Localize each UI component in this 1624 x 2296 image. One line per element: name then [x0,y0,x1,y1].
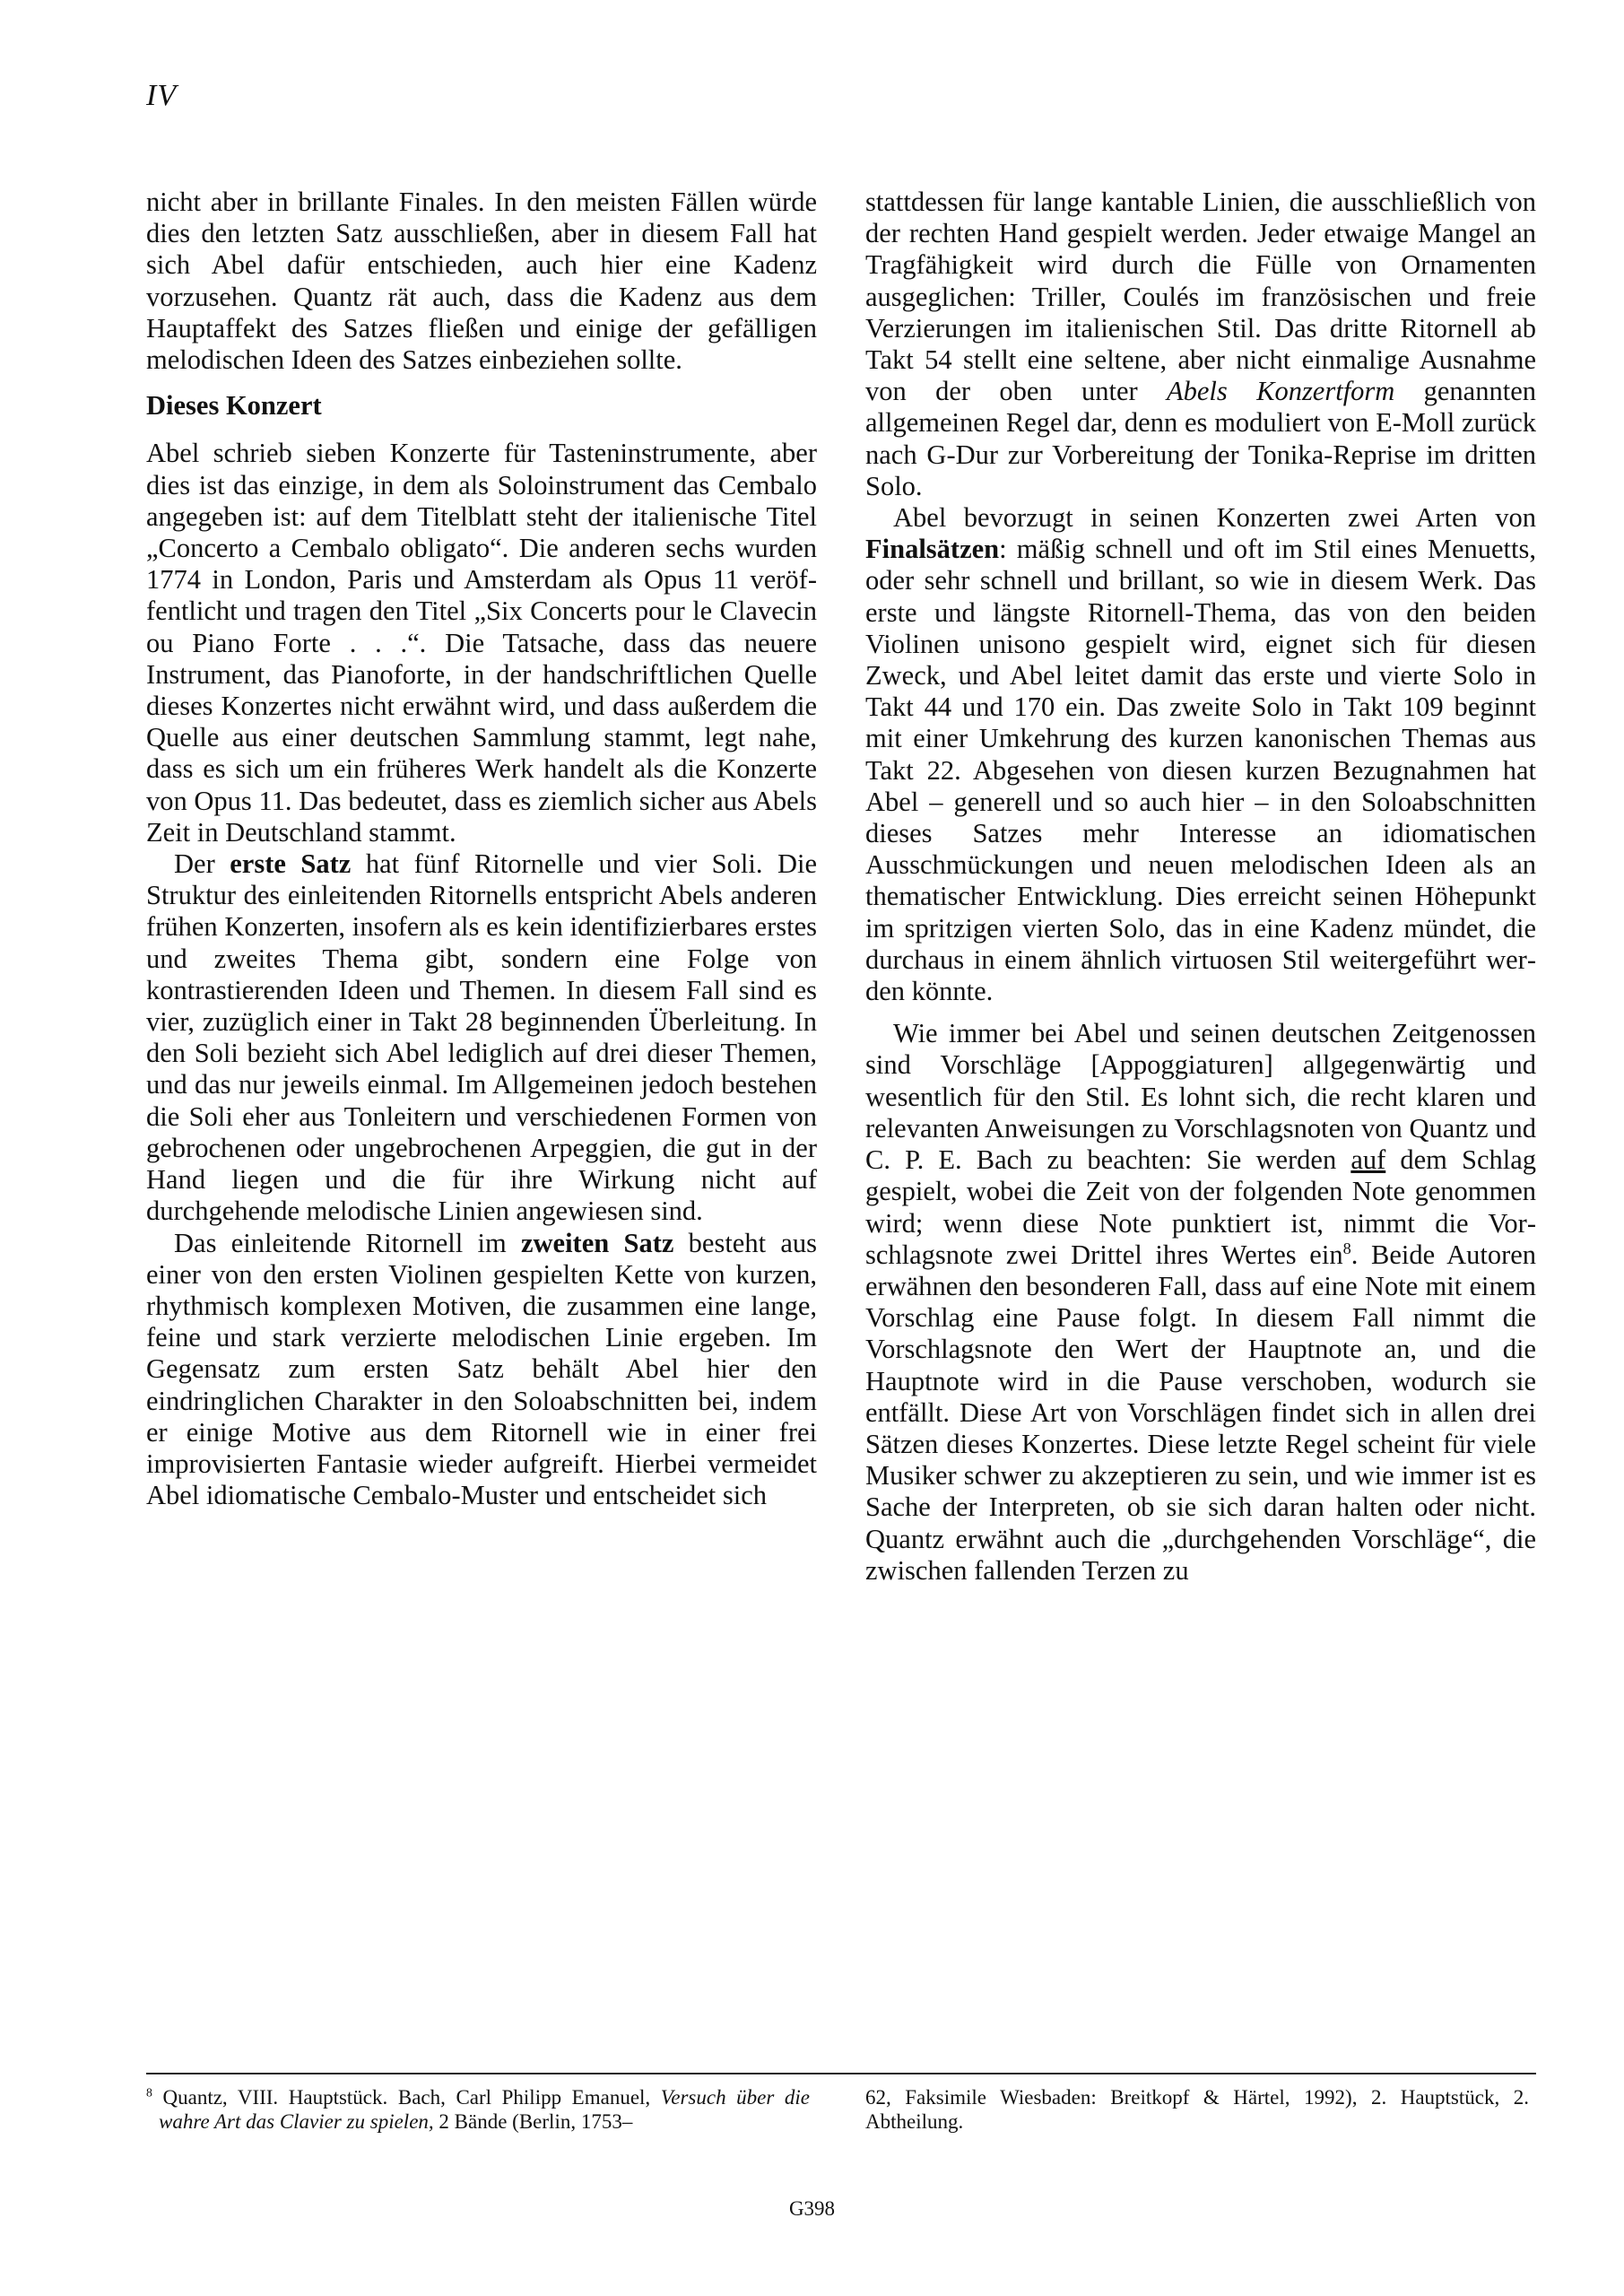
footnote-body: 8 Quantz, VIII. Hauptstück. Bach, Carl P… [146,2085,810,2134]
text-run: Das einleitende Ritornell im [174,1228,521,1258]
bold-term-erste-satz: erste Satz [230,848,351,879]
text-run: stattdessen für lange kantable Linien, d… [865,187,1536,406]
paragraph-concertos-overview: Abel schrieb sieben Konzerte für Tasteni… [146,438,817,848]
bold-term-zweiten-satz: zweiten Satz [521,1228,673,1258]
right-text-column: stattdessen für lange kantable Linien, d… [865,187,1536,1587]
running-head-section-number: IV [146,79,177,113]
section-heading-dieses-konzert: Dieses Konzert [146,390,817,422]
text-run: hat fünf Ritornelle und vier Soli. Die S… [146,848,817,1226]
italic-reference-abels-konzertform: Abels Konzertform [1167,376,1394,406]
footnote-divider [146,2073,1536,2074]
paragraph-final-movements: Abel bevorzugt in seinen Konzerten zwei … [865,502,1536,1007]
text-run: Der [174,848,230,879]
text-run: besteht aus einer von den ersten Violine… [146,1228,817,1511]
footnote-continuation: 62, Faksimile Wiesbaden: Breitkopf & Här… [865,2086,1529,2133]
footnote-8-left-part: 8 Quantz, VIII. Hauptstück. Bach, Carl P… [146,2085,810,2134]
left-text-column: nicht aber in brillante Finales. In den … [146,187,817,1511]
paragraph-first-movement: Der erste Satz hat fünf Ritornelle und v… [146,848,817,1227]
footnote-8-right-part: 62, Faksimile Wiesbaden: Breitkopf & Här… [865,2085,1529,2134]
paragraph-cadenza-continuation: nicht aber in brillante Finales. In den … [146,187,817,376]
page-number: G398 [0,2197,1624,2221]
paragraph-second-movement-continuation: stattdessen für lange kantable Linien, d… [865,187,1536,502]
bold-term-finalsaetzen: Finalsätzen [865,534,999,564]
paragraph-appoggiaturas: Wie immer bei Abel und seinen deutschen … [865,1018,1536,1587]
text-run: . Beide Autoren erwähnen den besonderen … [865,1239,1536,1586]
text-run: : mäßig schnell und oft im Stil ei­nes M… [865,534,1536,1006]
underlined-word-auf: auf [1350,1144,1385,1175]
text-run: 2 Bände (Berlin, 1753– [434,2110,633,2133]
footnote-number: 8 [146,2085,152,2099]
paragraph-second-movement: Das einleitende Ritornell im zweiten Sat… [146,1228,817,1512]
text-run: Quantz, VIII. Hauptstück. Bach, Carl Phi… [163,2086,661,2109]
text-run: Abel bevorzugt in seinen Konzerten zwei … [893,502,1536,533]
footnote-reference-8[interactable]: 8 [1343,1239,1351,1257]
